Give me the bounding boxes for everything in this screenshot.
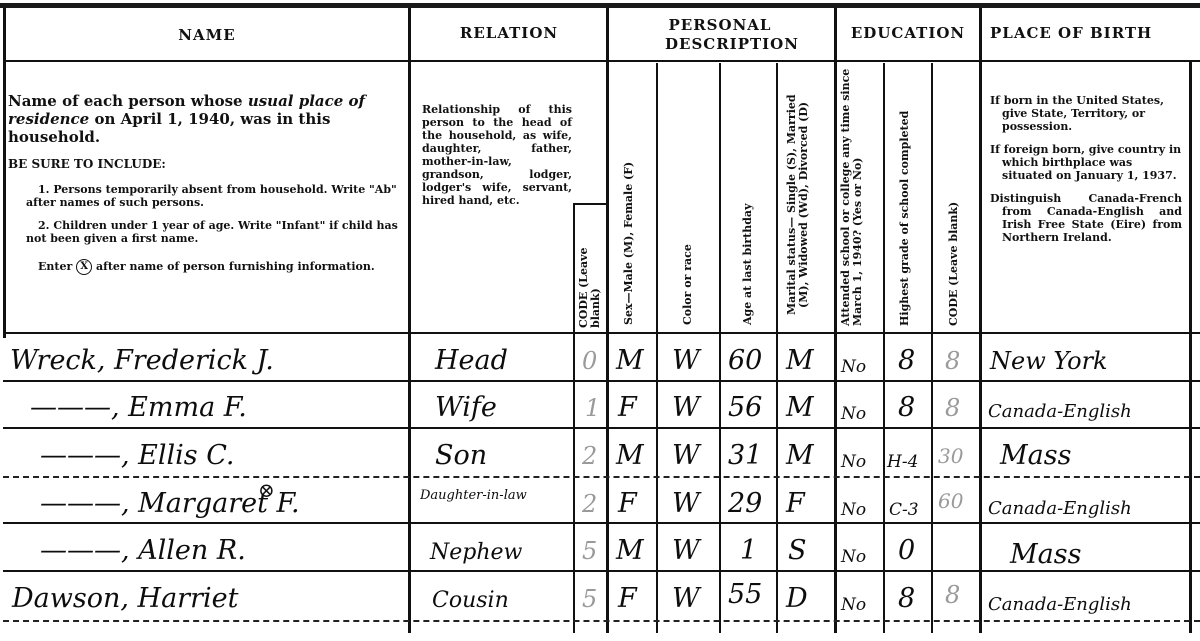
grade-value: 8	[898, 393, 915, 423]
header-education: EDUCATION	[837, 24, 979, 43]
color-value: W	[672, 441, 700, 471]
header-personal-description: PERSONAL DESCRIPTION	[665, 16, 775, 54]
relation-value: Son	[435, 441, 487, 471]
be-sure-label: BE SURE TO INCLUDE:	[8, 158, 404, 171]
person-name: Wreck, Frederick J.	[10, 346, 274, 376]
relation-code-value: 5	[582, 584, 597, 614]
grade-value: H-4	[887, 447, 918, 477]
education-code-value: 30	[938, 441, 963, 471]
row-rule-1	[3, 380, 1200, 382]
color-value: W	[672, 393, 700, 423]
marital-value: F	[786, 489, 805, 519]
relation-value: Wife	[435, 393, 497, 423]
grade-column-label: Highest grade of school completed	[899, 80, 911, 326]
relation-code-value: 2	[582, 489, 597, 519]
row-rule-3	[3, 476, 1200, 478]
education-code-value: 8	[945, 580, 960, 610]
birthplace-value: Mass	[1000, 441, 1071, 471]
divider-education-birth	[979, 8, 982, 633]
birthplace-value: New York	[990, 346, 1108, 376]
age-value: 55	[728, 580, 762, 610]
divider-sex-color	[656, 63, 658, 633]
header-relation: RELATION	[411, 24, 607, 43]
marital-value: D	[786, 584, 808, 614]
divider-relation-code	[573, 203, 575, 633]
row-rule-5	[3, 570, 1200, 572]
sex-value: F	[618, 584, 637, 614]
person-name: Dawson, Harriet	[12, 584, 238, 614]
row-rule-6	[3, 620, 1200, 622]
divider-name-relation	[408, 8, 411, 633]
attended-value: No	[841, 399, 866, 429]
color-column-label: Color or race	[682, 120, 694, 325]
grade-value: 0	[898, 536, 915, 566]
grade-value: 8	[898, 584, 915, 614]
sex-value: F	[618, 489, 637, 519]
name-instruction-main: Name of each person whose usual place of…	[8, 92, 404, 146]
divider-birth-next	[1189, 60, 1192, 633]
education-code-value: 8	[945, 346, 960, 376]
header-name: NAME	[6, 26, 408, 45]
include-item-2: 2. Children under 1 year of age. Write "…	[8, 219, 404, 245]
include-item-1: 1. Persons temporarily absent from house…	[8, 183, 404, 209]
header-place-of-birth: PLACE OF BIRTH	[990, 24, 1200, 43]
marital-value: S	[788, 536, 807, 566]
top-border	[0, 3, 1200, 8]
divider-relation-personal	[606, 8, 609, 633]
relation-code-top	[573, 203, 608, 205]
relation-value: Cousin	[432, 586, 509, 616]
relation-instructions: Relationship of this person to the head …	[422, 103, 572, 207]
marital-value: M	[786, 346, 814, 376]
divider-personal-education	[834, 8, 837, 633]
education-code-label: CODE (Leave blank)	[948, 170, 960, 326]
birthplace-value: Canada-English	[988, 494, 1132, 524]
sex-column-label: Sex—Male (M), Female (F)	[623, 120, 635, 325]
marital-value: M	[786, 393, 814, 423]
sex-value: M	[616, 441, 644, 471]
attended-value: No	[841, 542, 866, 572]
color-value: W	[672, 536, 700, 566]
age-value: 1	[740, 536, 757, 566]
relation-value: Head	[435, 346, 508, 376]
color-value: W	[672, 346, 700, 376]
sex-value: F	[618, 393, 637, 423]
divider-grade-code	[931, 63, 933, 633]
relation-value: Daughter-in-law	[420, 488, 527, 503]
attended-value: No	[841, 447, 866, 477]
education-code-value: 60	[938, 486, 963, 516]
row-rule-2	[3, 427, 1200, 429]
birth-instruction-distinguish: Distinguish Canada-French from Canada-En…	[990, 192, 1182, 244]
age-value: 29	[728, 489, 762, 519]
relation-value: Nephew	[430, 538, 522, 568]
relation-code-value: 0	[582, 346, 597, 376]
relation-code-value: 2	[582, 441, 597, 471]
person-name: ———, Allen R.	[40, 536, 246, 566]
relation-code-value: 5	[582, 536, 597, 566]
divider-color-age	[719, 63, 721, 633]
marital-value: M	[786, 441, 814, 471]
person-name: ———, Ellis C.	[40, 441, 235, 471]
birthplace-value: Canada-English	[988, 590, 1132, 620]
education-code-value: 8	[945, 393, 960, 423]
birthplace-value: Mass	[1010, 540, 1081, 570]
relation-code-value: 1	[585, 393, 600, 423]
age-value: 60	[728, 346, 762, 376]
informant-mark-icon: ⊗	[258, 478, 275, 502]
attended-value: No	[841, 590, 866, 620]
description-bottom-rule	[3, 332, 1200, 334]
person-name: ———, Emma F.	[30, 393, 247, 423]
age-column-label: Age at last birthday	[742, 120, 754, 325]
attended-column-label: Attended school or college any time sinc…	[840, 68, 880, 326]
grade-value: C-3	[889, 495, 919, 525]
header-bottom-rule	[3, 60, 1200, 62]
enter-informant-note: Enter X after name of person furnishing …	[8, 259, 404, 275]
grade-value: 8	[898, 346, 915, 376]
name-instructions: Name of each person whose usual place of…	[8, 92, 404, 275]
color-value: W	[672, 489, 700, 519]
birth-instruction-foreign: If foreign born, give country in which b…	[990, 143, 1182, 182]
birth-instructions: If born in the United States, give State…	[990, 94, 1182, 244]
divider-age-marital	[776, 63, 778, 633]
attended-value: No	[841, 352, 866, 382]
relation-code-label: CODE (Leave blank)	[578, 210, 606, 328]
birthplace-value: Canada-English	[988, 397, 1132, 427]
circled-x-icon: X	[76, 259, 92, 275]
attended-value: No	[841, 495, 866, 525]
birth-instruction-us: If born in the United States, give State…	[990, 94, 1182, 133]
color-value: W	[672, 584, 700, 614]
age-value: 31	[728, 441, 762, 471]
sex-value: M	[616, 346, 644, 376]
sex-value: M	[616, 536, 644, 566]
left-border	[3, 8, 6, 338]
age-value: 56	[728, 393, 762, 423]
marital-column-label: Marital status— Single (S), Married (M),…	[786, 85, 830, 325]
divider-attended-grade	[883, 63, 885, 633]
